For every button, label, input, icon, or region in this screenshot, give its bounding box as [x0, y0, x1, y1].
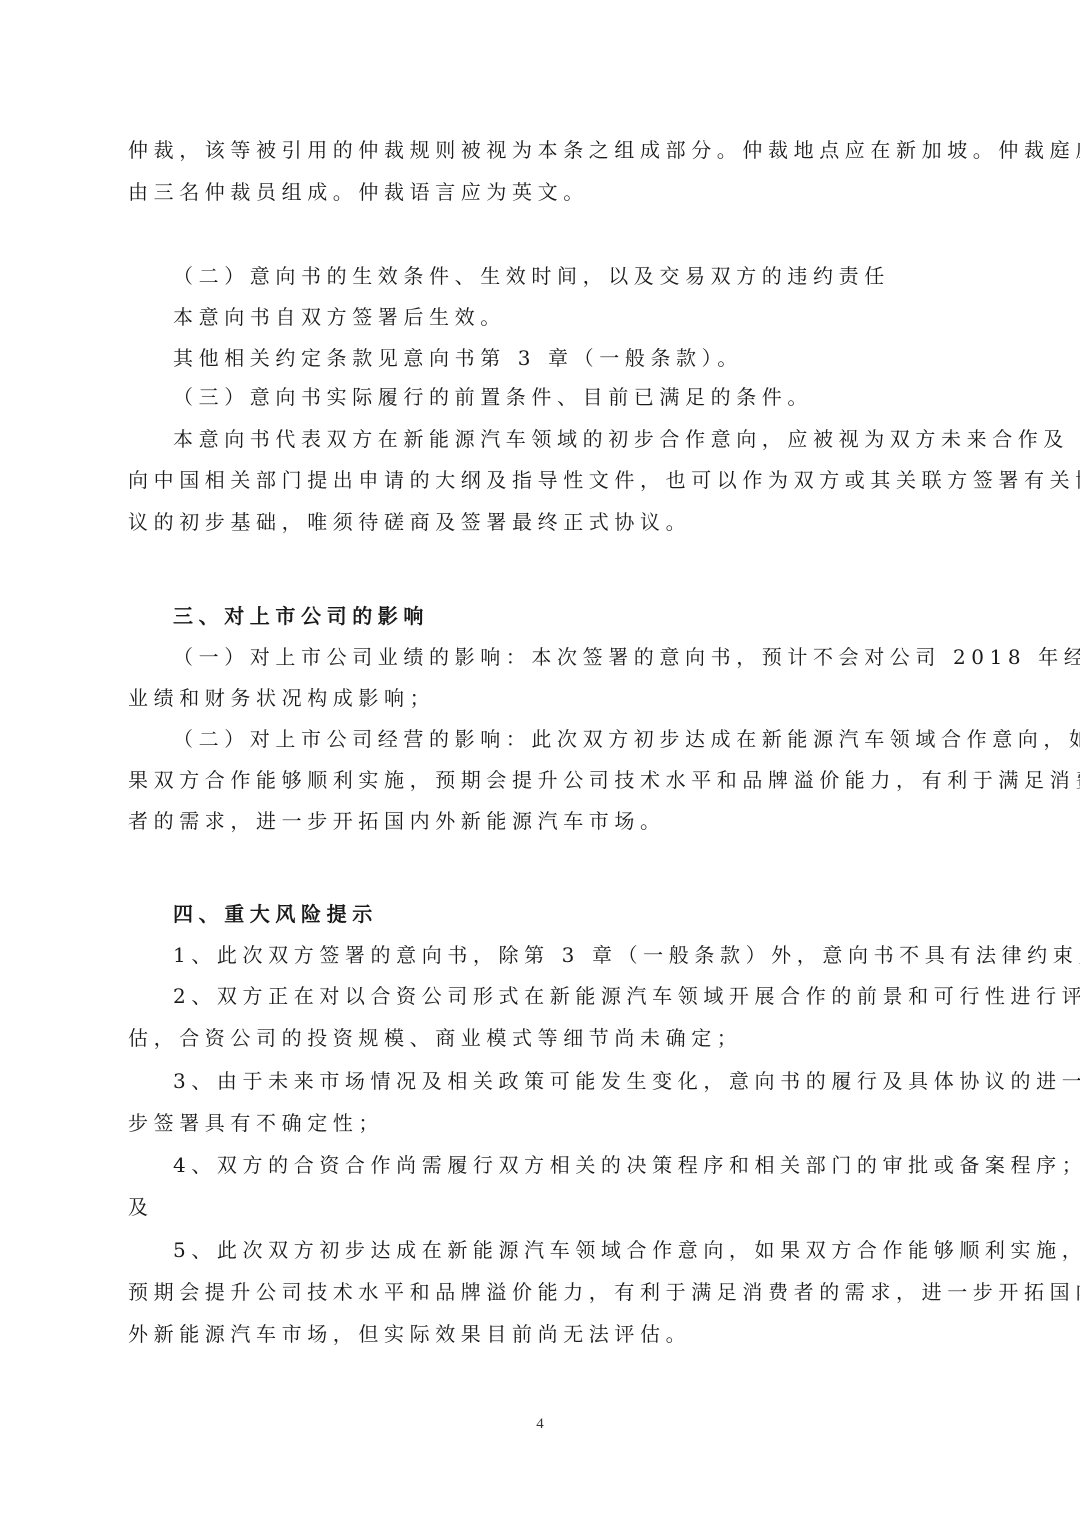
- risk-item-line: 5、此次双方初步达成在新能源汽车领域合作意向，如果双方合作能够顺利实施，: [173, 1236, 1080, 1264]
- paragraph-line: （二）对上市公司经营的影响：此次双方初步达成在新能源汽车领域合作意向，如: [173, 725, 1080, 753]
- paragraph-line: 仲裁，该等被引用的仲裁规则被视为本条之组成部分。仲裁地点应在新加坡。仲裁庭应: [128, 136, 1080, 164]
- risk-item-line: 1、此次双方签署的意向书，除第 3 章（一般条款）外，意向书不具有法律约束力；: [173, 941, 1080, 969]
- paragraph-line: 向中国相关部门提出申请的大纲及指导性文件，也可以作为双方或其关联方签署有关协: [128, 466, 1080, 494]
- paragraph-line: （一）对上市公司业绩的影响：本次签署的意向书，预计不会对公司 2018 年经营: [173, 643, 1080, 671]
- paragraph-line: 本意向书自双方签署后生效。: [173, 303, 506, 331]
- document-page: 仲裁，该等被引用的仲裁规则被视为本条之组成部分。仲裁地点应在新加坡。仲裁庭应 由…: [0, 0, 1080, 1527]
- paragraph-line: 果双方合作能够顺利实施，预期会提升公司技术水平和品牌溢价能力，有利于满足消费: [128, 766, 1080, 794]
- risk-item-line: 2、双方正在对以合资公司形式在新能源汽车领域开展合作的前景和可行性进行评: [173, 982, 1080, 1010]
- section-heading: 三、对上市公司的影响: [173, 602, 429, 630]
- risk-item-line: 外新能源汽车市场，但实际效果目前尚无法评估。: [128, 1320, 691, 1348]
- paragraph-line: 由三名仲裁员组成。仲裁语言应为英文。: [128, 178, 589, 206]
- paragraph-line: 本意向书代表双方在新能源汽车领域的初步合作意向，应被视为双方未来合作及: [173, 425, 1069, 453]
- page-number: 4: [0, 1416, 1080, 1433]
- risk-item-line: 4、双方的合资合作尚需履行双方相关的决策程序和相关部门的审批或备案程序；: [173, 1151, 1080, 1179]
- subsection-heading: （三）意向书实际履行的前置条件、目前已满足的条件。: [173, 383, 813, 411]
- paragraph-line: 者的需求，进一步开拓国内外新能源汽车市场。: [128, 807, 666, 835]
- risk-item-line: 步签署具有不确定性；: [128, 1109, 384, 1137]
- risk-item-line: 及: [128, 1193, 154, 1221]
- paragraph-line: 业绩和财务状况构成影响；: [128, 684, 435, 712]
- paragraph-line: 议的初步基础，唯须待磋商及签署最终正式协议。: [128, 508, 691, 536]
- risk-item-line: 估，合资公司的投资规模、商业模式等细节尚未确定；: [128, 1024, 742, 1052]
- risk-item-line: 3、由于未来市场情况及相关政策可能发生变化，意向书的履行及具体协议的进一: [173, 1067, 1080, 1095]
- paragraph-line: 其他相关约定条款见意向书第 3 章（一般条款）。: [173, 344, 743, 372]
- subsection-heading: （二）意向书的生效条件、生效时间，以及交易双方的违约责任: [173, 262, 890, 290]
- risk-item-line: 预期会提升公司技术水平和品牌溢价能力，有利于满足消费者的需求，进一步开拓国内: [128, 1278, 1080, 1306]
- section-heading: 四、重大风险提示: [173, 900, 378, 928]
